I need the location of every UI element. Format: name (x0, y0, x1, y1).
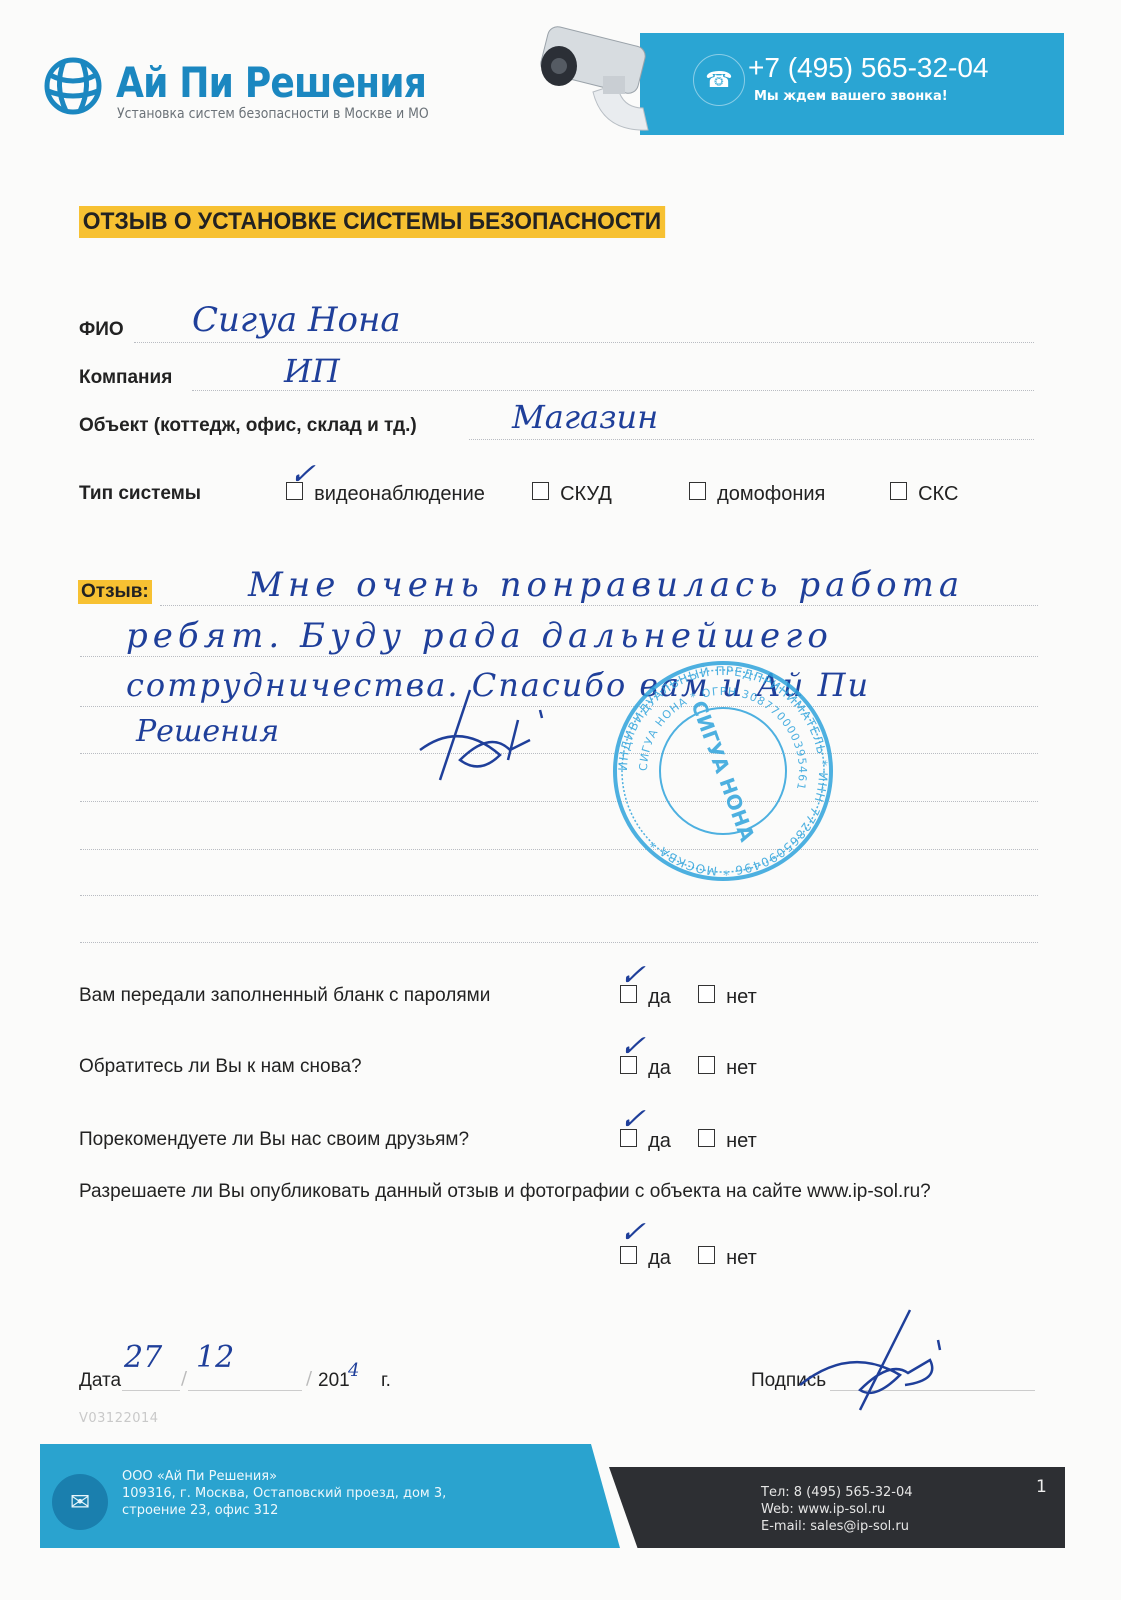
review-rule (80, 656, 1038, 657)
no-checkbox[interactable] (698, 1056, 715, 1074)
footer-phone[interactable]: Тел: 8 (495) 565-32-04 (761, 1484, 913, 1501)
yes-checkbox[interactable] (620, 1129, 637, 1147)
no-checkbox[interactable] (698, 985, 715, 1003)
name-field[interactable]: Сигуа Нона (192, 300, 401, 340)
yes-checkbox[interactable] (620, 1056, 637, 1074)
system-option-sks[interactable]: СКС (890, 482, 958, 506)
company-field[interactable]: ИП (284, 352, 340, 390)
review-line: Решения (136, 714, 279, 749)
footer-address-line: строение 23, офис 312 (122, 1502, 446, 1519)
review-label: Отзыв: (78, 580, 152, 604)
system-option-video[interactable]: ✓ видеонаблюдение (286, 482, 485, 506)
question-return: Обратитесь ли Вы к нам снова? (79, 1056, 362, 1078)
object-rule (469, 439, 1034, 440)
answer-group-recommend[interactable]: ✓ да нет (620, 1129, 757, 1153)
name-label: ФИО (79, 319, 124, 341)
signature-field[interactable] (790, 1305, 960, 1415)
question-publish: Разрешаете ли Вы опубликовать данный отз… (79, 1181, 931, 1203)
company-label: Компания (79, 367, 172, 389)
date-year-unit: г. (381, 1370, 391, 1392)
brand-tagline: Установка систем безопасности в Москве и… (117, 106, 429, 122)
skud-checkbox[interactable] (532, 482, 549, 500)
video-option-label: видеонаблюдение (314, 483, 485, 505)
footer-web-link[interactable]: Web: www.ip-sol.ru (761, 1501, 913, 1518)
page-number: 1 (1036, 1477, 1047, 1497)
company-stamp: ИНДИВИДУАЛЬНЫЙ ПРЕДПРИНИМАТЕЛЬ * ИНН 772… (612, 660, 834, 882)
system-type-label: Тип системы (79, 483, 201, 505)
system-option-intercom[interactable]: домофония (689, 482, 825, 506)
yes-label: да (648, 1247, 671, 1269)
object-label: Объект (коттедж, офис, склад и тд.) (79, 415, 417, 437)
date-separator: / (306, 1368, 312, 1389)
yes-checkbox[interactable] (620, 1246, 637, 1264)
section-divider (80, 942, 1038, 943)
name-rule (134, 342, 1034, 343)
no-label: нет (726, 986, 757, 1008)
header-phone-number[interactable]: +7 (495) 565-32-04 (748, 52, 989, 84)
footer-company: ООО «Ай Пи Решения» (122, 1468, 446, 1485)
footer-contacts: Тел: 8 (495) 565-32-04 Web: www.ip-sol.r… (761, 1484, 913, 1535)
system-option-skud[interactable]: СКУД (532, 482, 612, 506)
globe-grid-icon (42, 55, 104, 117)
security-camera-image (533, 22, 663, 140)
sks-option-label: СКС (918, 483, 958, 505)
answer-group-publish[interactable]: ✓ да нет (620, 1246, 757, 1270)
review-signature (400, 680, 560, 790)
review-rule (80, 801, 1038, 802)
date-separator: / (181, 1368, 187, 1389)
sks-checkbox[interactable] (890, 482, 907, 500)
svg-text:СИГУА НОНА: СИГУА НОНА (686, 697, 759, 845)
check-mark-icon: ✓ (617, 1218, 653, 1248)
answer-group-return[interactable]: ✓ да нет (620, 1056, 757, 1080)
phone-caption: Мы ждем вашего звонка! (754, 89, 948, 104)
form-code: V03122014 (79, 1411, 159, 1426)
date-month-field[interactable]: 12 (196, 1340, 234, 1375)
no-label: нет (726, 1057, 757, 1079)
intercom-option-label: домофония (717, 483, 825, 505)
yes-label: да (648, 986, 671, 1008)
date-month-rule (188, 1390, 302, 1391)
date-year-prefix: 201 (318, 1370, 350, 1392)
review-rule (80, 849, 1038, 850)
footer-address: ООО «Ай Пи Решения» 109316, г. Москва, О… (122, 1468, 446, 1519)
brand-name: Ай Пи Решения (116, 58, 426, 107)
footer-email-link[interactable]: E-mail: sales@ip-sol.ru (761, 1518, 913, 1535)
no-label: нет (726, 1247, 757, 1269)
yes-checkbox[interactable] (620, 985, 637, 1003)
object-field[interactable]: Магазин (512, 398, 658, 436)
review-rule (80, 895, 1038, 896)
skud-option-label: СКУД (560, 483, 612, 505)
date-day-rule (122, 1390, 180, 1391)
envelope-open-icon: ✉ (52, 1474, 108, 1530)
company-rule (192, 390, 1034, 391)
intercom-checkbox[interactable] (689, 482, 706, 500)
question-recommend: Порекомендуете ли Вы нас своим друзьям? (79, 1129, 469, 1151)
no-checkbox[interactable] (698, 1246, 715, 1264)
yes-label: да (648, 1130, 671, 1152)
phone-handset-icon: ☎ (693, 54, 745, 106)
no-checkbox[interactable] (698, 1129, 715, 1147)
date-day-field[interactable]: 27 (124, 1340, 162, 1375)
date-year-field[interactable]: 4 (348, 1360, 359, 1381)
date-label: Дата (79, 1370, 121, 1392)
answer-group-passwords[interactable]: ✓ да нет (620, 985, 757, 1009)
no-label: нет (726, 1130, 757, 1152)
review-line: ребят. Буду рада дальнейшего (126, 616, 833, 656)
question-passwords: Вам передали заполненный бланк с паролям… (79, 985, 490, 1007)
review-rule (160, 605, 1038, 606)
yes-label: да (648, 1057, 671, 1079)
footer-address-line: 109316, г. Москва, Остаповский проезд, д… (122, 1485, 446, 1502)
review-line: Мне очень понравилась работа (248, 565, 964, 605)
video-checkbox[interactable] (286, 482, 303, 500)
page-title: ОТЗЫВ О УСТАНОВКЕ СИСТЕМЫ БЕЗОПАСНОСТИ (79, 206, 665, 238)
